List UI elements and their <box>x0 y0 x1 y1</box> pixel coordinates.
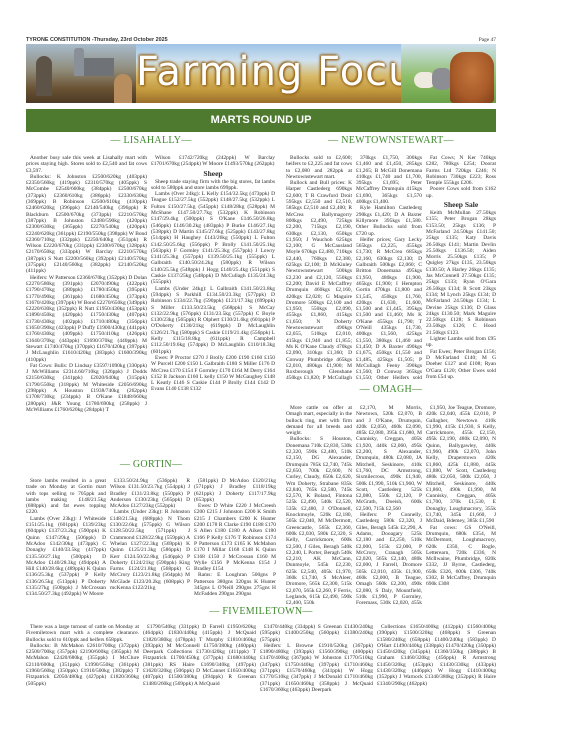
highland-cow-image <box>450 52 494 103</box>
article-paragraph: Fat Cows: Bulls: D Lindsay £3597/1090kg … <box>26 363 147 413</box>
article-paragraph: Fat Ewes; Peter Brogan £156; D McFarland… <box>426 349 496 380</box>
barn-image <box>84 58 114 76</box>
fivemiletown-column-1: There was a large turnout of cattle on M… <box>26 624 139 694</box>
article-paragraph: Lambs (Over 23kg): J Whiteside £151/25.1… <box>26 516 106 598</box>
article-paragraph: Lambs (Under 24kg): L Galbraith £141.50/… <box>151 286 275 355</box>
fivemiletown-column-4: Collections £1650/400kg (412ppk) £1560/4… <box>377 624 496 694</box>
article-paragraph: Sheep trade staying firm with the big st… <box>151 179 275 192</box>
omagh-heading: — OMAGH— <box>286 384 496 395</box>
article-paragraph: Wilson £1742/720kg (242ppk) W Barclay £1… <box>151 155 275 168</box>
article-paragraph: Heifers: P Connelly, Castlederg 580k £2,… <box>356 512 422 605</box>
fivemiletown-column-3: £1470/440kg (334ppk) S Greenan £1430/240… <box>260 624 373 694</box>
article-paragraph: Store lambs resulted in a great trade on… <box>26 478 106 516</box>
article-paragraph: (581ppk) D McAdoo £120/21kg (571ppk) J B… <box>194 478 276 503</box>
article-paragraph: Ewes: D White £220 J McCreesh £200 £215 … <box>194 503 276 572</box>
section-title-bar: MARTS ROUND UP <box>26 109 496 132</box>
article-paragraph: £1,950, Joe Teague, Dromore, 420k £2,040… <box>426 405 496 525</box>
sheep-sale-subheading: Sheep Sale <box>426 200 496 209</box>
sheep-subheading: Sheep <box>151 169 275 178</box>
article-paragraph: Bullocks: K Johnston £2500/620kg (403ppk… <box>26 174 147 275</box>
newtownstewart-column-1: Bullocks sold to £2,600; heifers to £2,2… <box>286 155 352 380</box>
article-paragraph: Another busy sale this week at Lisahally… <box>26 155 147 174</box>
gortin-column-3: (581ppk) D McAdoo £120/21kg (571ppk) J B… <box>194 478 276 606</box>
newtownstewart-column-2: 370kgs £1,750, 300kgs £1,460 and £1,450,… <box>356 155 422 380</box>
article-paragraph: More cattle on offer at Omagh mart, espe… <box>286 405 352 436</box>
fivemiletown-column-2: £1790/540kg (331ppk) D Farrell £1950/620… <box>143 624 256 694</box>
article-paragraph: Bullocks: S Houston, Donemana 710k £2,83… <box>286 436 352 605</box>
article-paragraph: Kyle Hamilton Castlederg 290kgs £1,420; … <box>356 205 422 236</box>
article-paragraph: Heifers: W Patterson £2360/670kg (352ppk… <box>26 275 147 363</box>
article-paragraph: £2,170, M Morris, Newtown, 520k £2,070, … <box>356 405 422 512</box>
article-paragraph: Bullock and Bull prices: K Harper Castle… <box>286 180 352 380</box>
omagh-column-2: £2,170, M Morris, Newtown, 520k £2,070, … <box>356 405 422 605</box>
fivemiletown-heading: — FIVEMILETOWN— <box>26 606 496 617</box>
article-paragraph: Heifers: L Browne £1910/520kg (367ppk) £… <box>260 643 373 693</box>
article-paragraph: Lambs (Over 24kg): L Kelly £154/32.5kg (… <box>151 191 275 285</box>
lisahally-column-1: Another busy sale this week at Lisahally… <box>26 155 147 455</box>
article-paragraph: Bullocks sold to £2,600; heifers to £2,2… <box>286 155 352 180</box>
article-paragraph: Lambs (Under 23kg): R Johnston £148/21.5… <box>110 509 190 591</box>
article-paragraph: Rams: E Loughran 500gns P Patterson 380g… <box>194 572 276 597</box>
dark-sheep-image <box>432 68 452 90</box>
lisahally-column-2: Wilson £1742/720kg (242ppk) W Barclay £1… <box>151 155 275 455</box>
article-paragraph: Bullocks: B McMahon £2610/700kg (372ppk)… <box>26 643 139 687</box>
farmer-figure-image <box>36 56 52 96</box>
article-paragraph: 370kgs £1,750, 300kgs £1,460 and £1,450,… <box>356 155 422 205</box>
newtownstewart-heading: — NEWTOWNSTEWART— <box>286 135 496 146</box>
omagh-column-3: £1,950, Joe Teague, Dromore, 420k £2,040… <box>426 405 496 605</box>
article-paragraph: Lighter Lambs sold from £95 up. <box>426 336 496 349</box>
omagh-column-1: More cattle on offer at Omagh mart, espe… <box>286 405 352 605</box>
page-number: Page 47 <box>479 37 496 43</box>
gortin-column-2: £133.50/24.9kg (536ppk) R Wilson £131.50… <box>110 478 190 606</box>
article-paragraph: Collections £1650/400kg (412ppk) £1560/4… <box>377 624 496 687</box>
article-paragraph: £1790/540kg (331ppk) D Farrell £1950/620… <box>143 624 256 687</box>
article-paragraph: Fat Cows; N Ker 740kgs £282, 780kgs £254… <box>426 155 496 186</box>
publication-dateline: TYRONE CONSTITUTION -Thursday, 23rd Octo… <box>26 37 168 43</box>
silo-image <box>74 48 84 76</box>
article-paragraph: Ewes: P Proctor £270 J Brolly £200 £190 … <box>151 355 275 393</box>
article-paragraph: There was a large turnout of cattle on M… <box>26 624 139 643</box>
article-paragraph: £1470/440kg (334ppk) S Greenan £1430/240… <box>260 624 373 643</box>
farming-focus-banner: Farming Focus <box>26 44 496 103</box>
article-paragraph: £133.50/24.9kg (536ppk) R Wilson £131.50… <box>110 478 190 509</box>
woman-figure-image <box>114 74 132 103</box>
newtownstewart-column-3: Fat Cows; N Ker 740kgs £282, 780kgs £254… <box>426 155 496 380</box>
article-paragraph: Keith McMullan 27.50kgs £155; Peter Brog… <box>426 210 496 336</box>
banner-title: Farming Focus <box>136 49 436 95</box>
lisahally-heading: — LISAHALLY— <box>26 135 276 146</box>
gortin-column-1: Store lambs resulted in a great trade on… <box>26 478 106 606</box>
article-paragraph: Fat cows: GS O'Neill, Drumquin, 680k £35… <box>426 525 496 588</box>
article-paragraph: Poorer Cows sold from £162 up. <box>426 186 496 199</box>
article-paragraph: Heifer prices; Gary Lecky 565kgs £2,225,… <box>356 237 422 380</box>
gortin-heading: — GORTIN— <box>26 459 276 470</box>
